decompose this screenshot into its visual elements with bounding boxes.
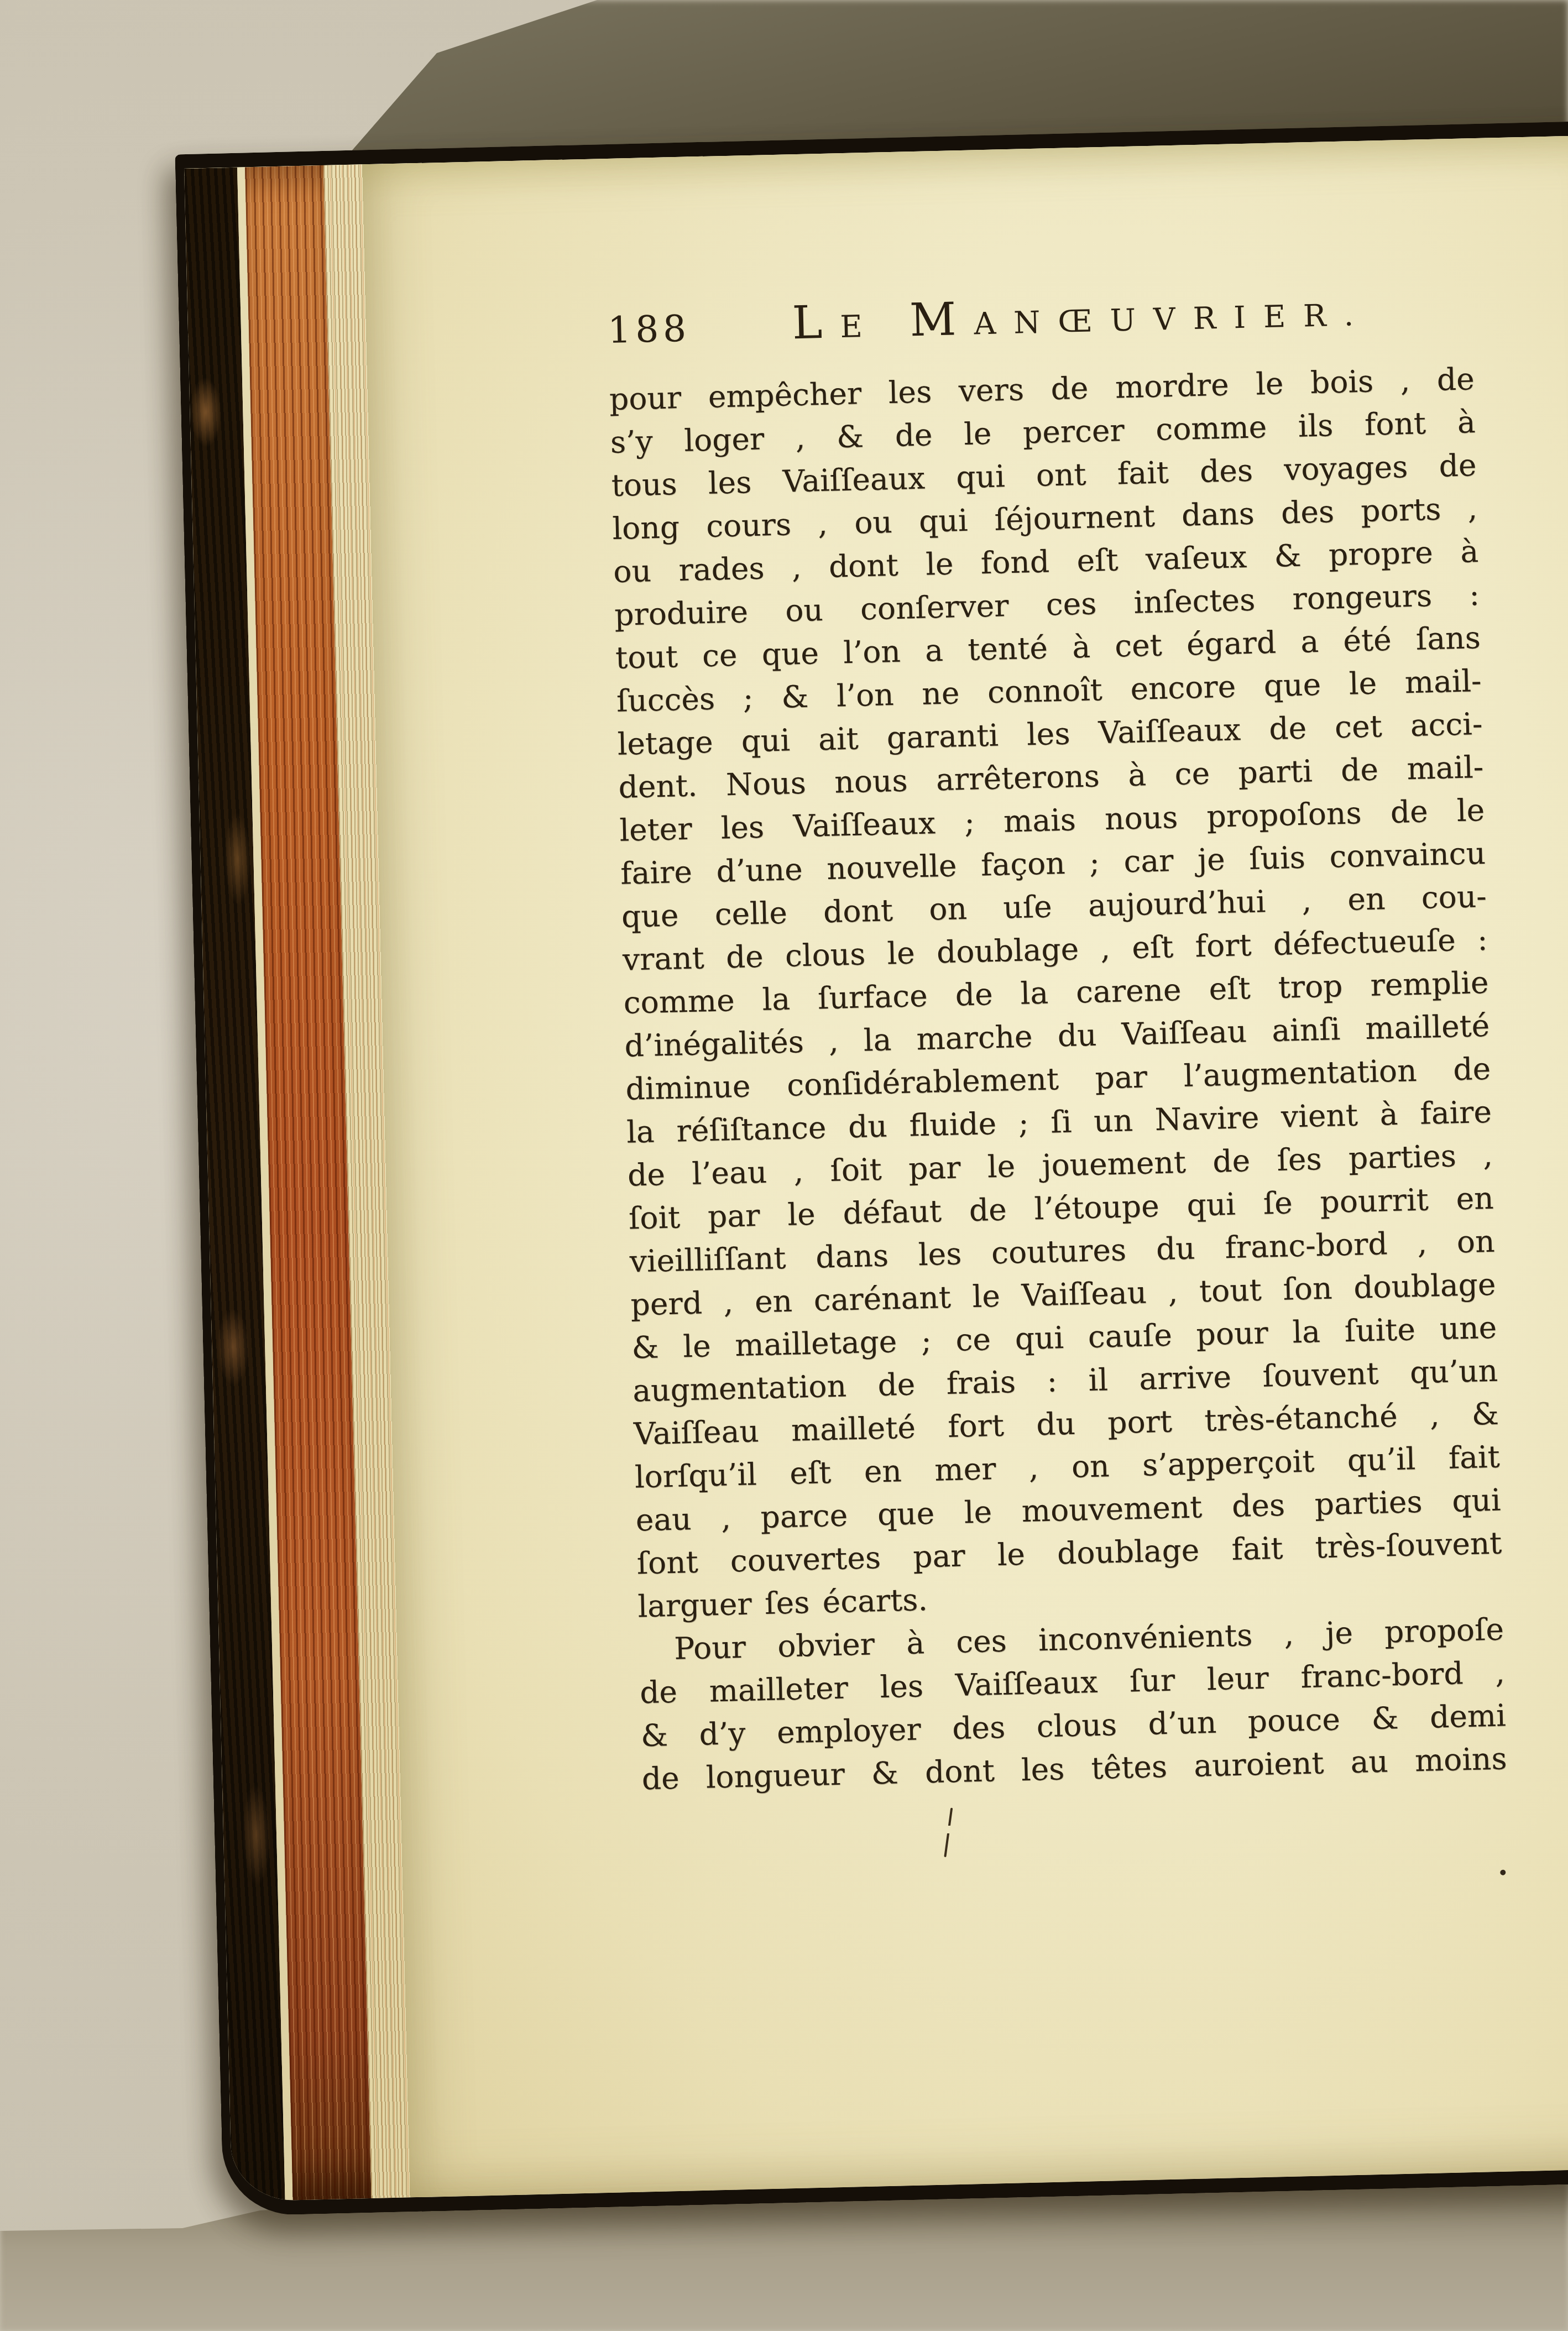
running-title: LEMANŒUVRIER. (690, 281, 1473, 352)
book-page: 188 LEMANŒUVRIER. pour empêcher les vers… (362, 135, 1568, 2198)
page-text: pour empêcher les vers de mordre le bois… (609, 357, 1507, 1800)
running-title-word2-rest: ANŒUVRIER. (974, 296, 1372, 341)
ink-mark (944, 1807, 953, 1857)
page-header: 188 LEMANŒUVRIER. (607, 281, 1473, 363)
running-title-word2-initial: M (909, 292, 974, 347)
running-title-word1-rest: E (840, 308, 881, 344)
page-number: 188 (607, 307, 691, 352)
ink-mark (1500, 1870, 1506, 1875)
running-title-word1-initial: L (792, 296, 841, 349)
book-photograph: 188 LEMANŒUVRIER. pour empêcher les vers… (0, 0, 1568, 2331)
book: 188 LEMANŒUVRIER. pour empêcher les vers… (175, 121, 1568, 2217)
